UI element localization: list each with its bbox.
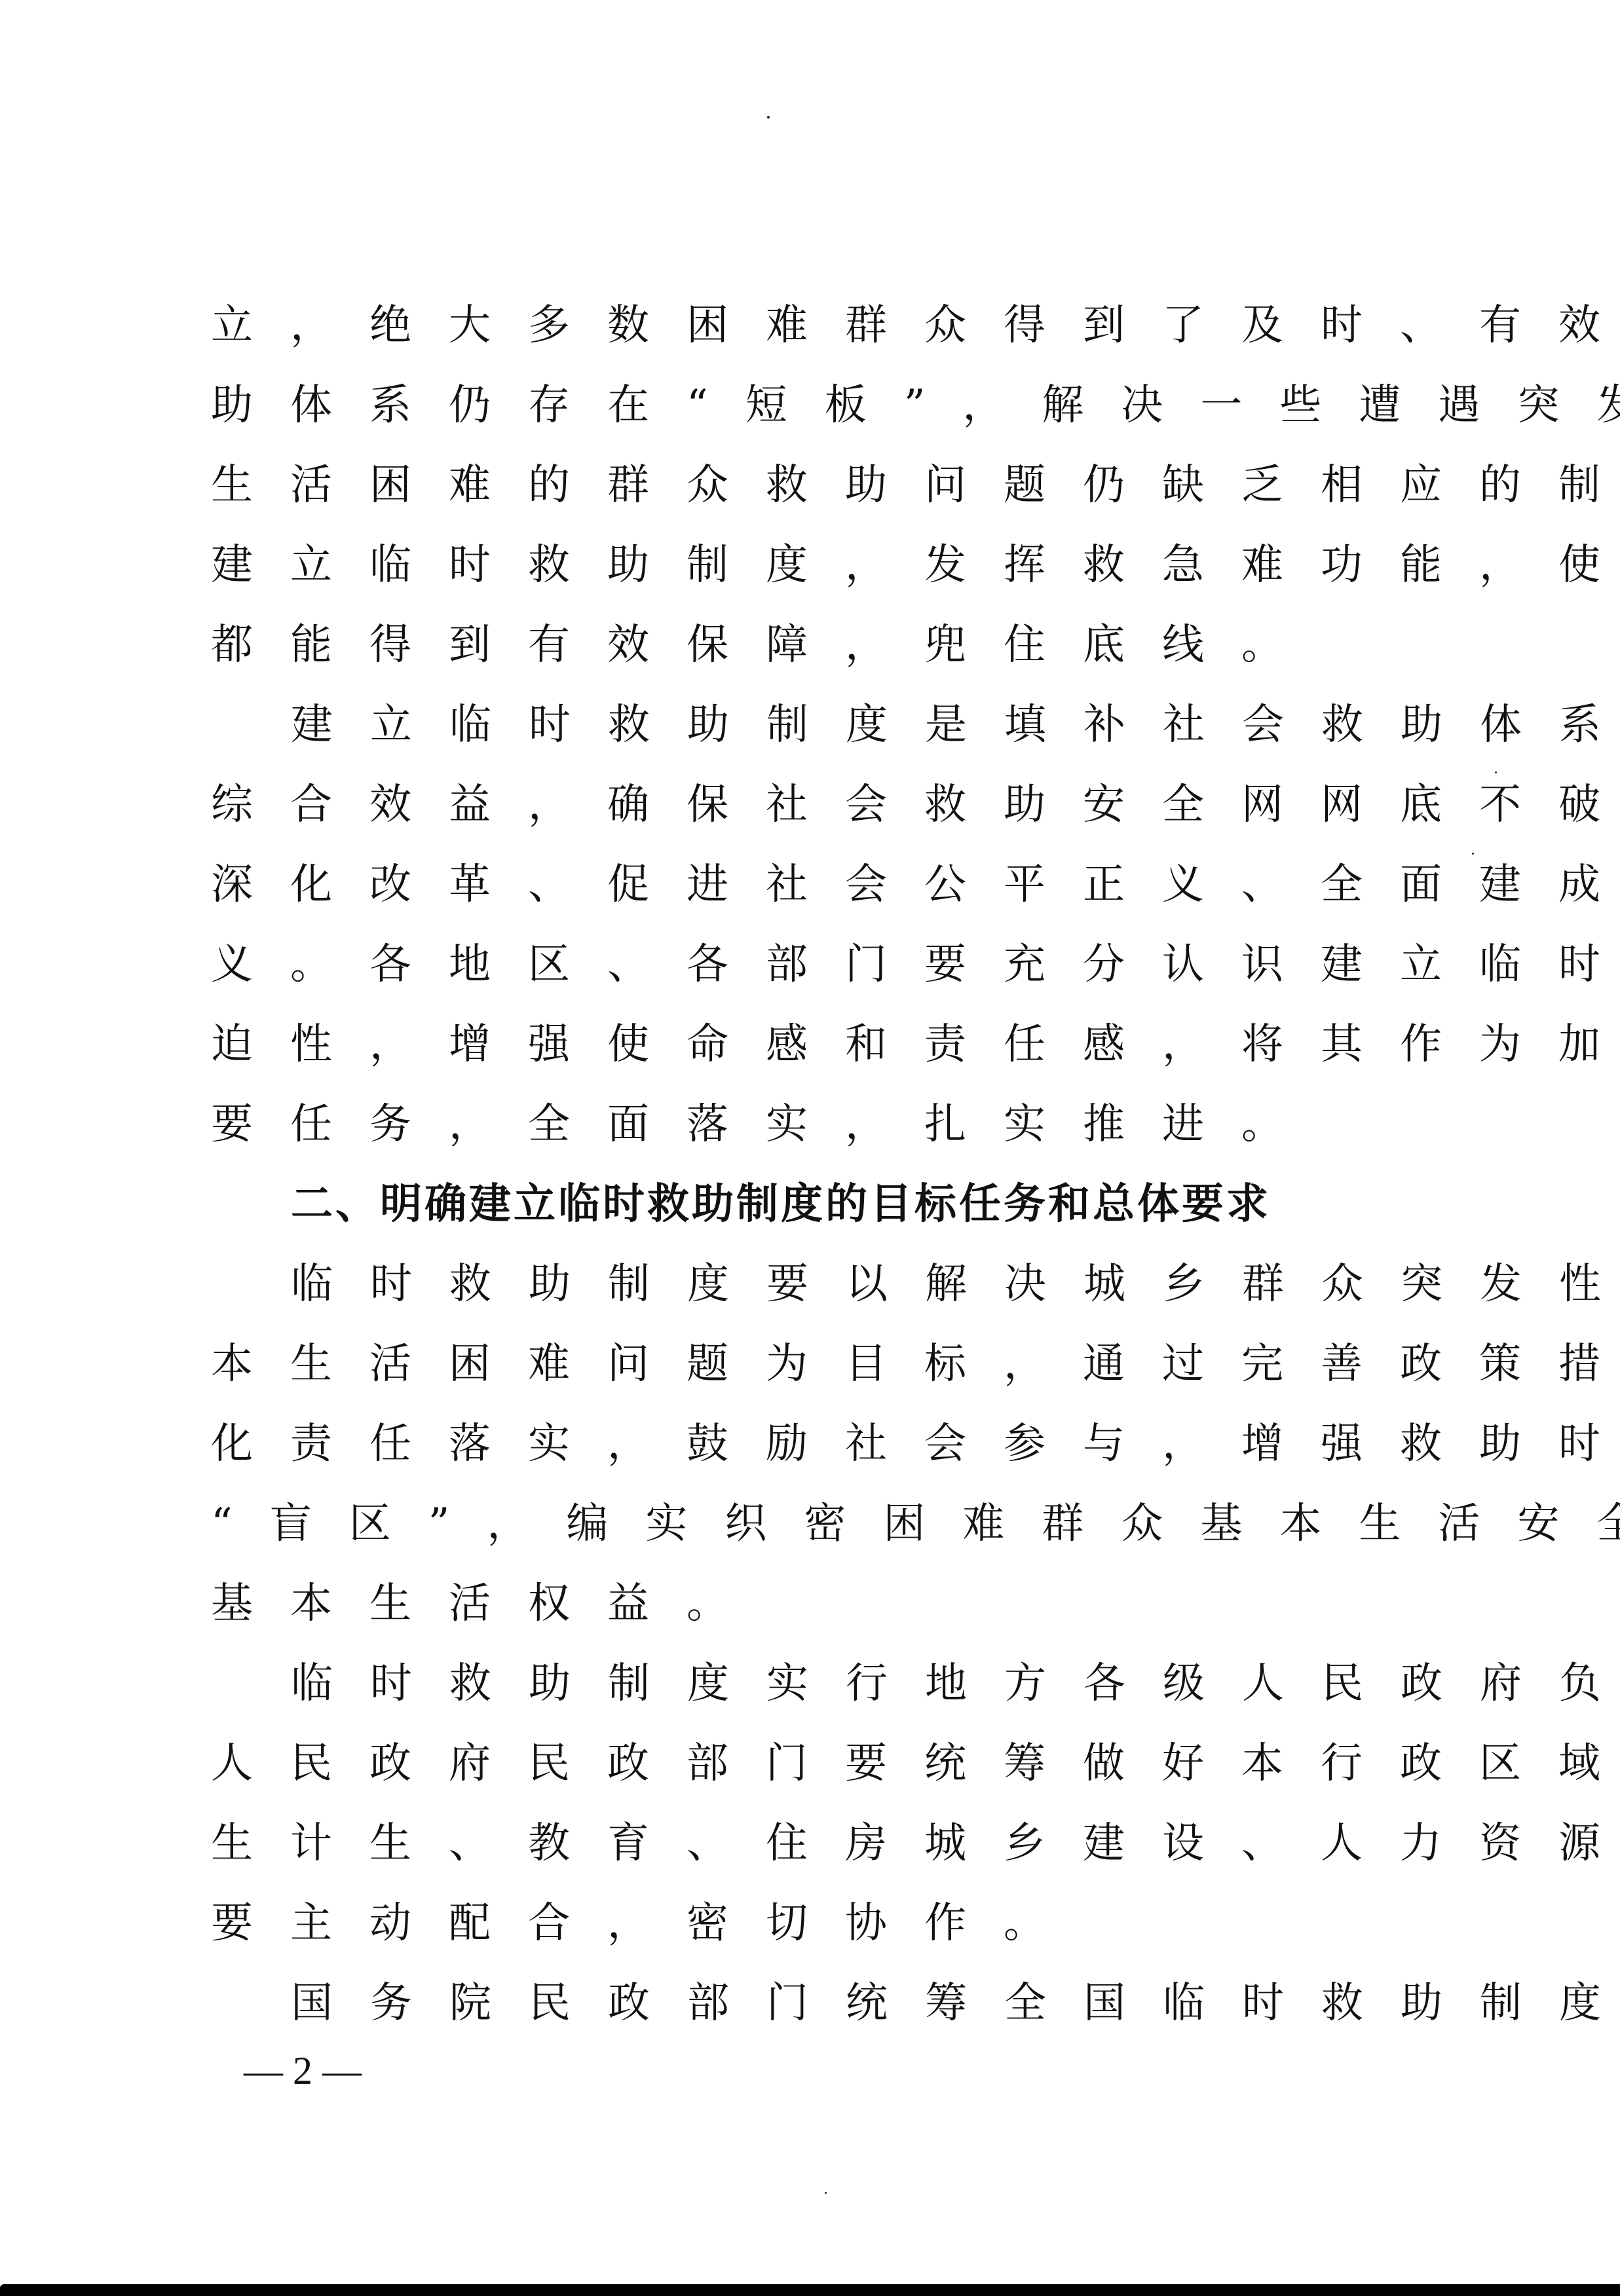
page-number: — 2 — — [244, 2051, 362, 2090]
text-line: 深化改革、促进社会公平正义、全面建成小康社会具有重要意 — [211, 845, 1411, 925]
text-line: 综合效益，确保社会救助安全网网底不破的必然要求，对于全面 — [211, 765, 1411, 845]
scan-speck — [1495, 771, 1497, 773]
text-line: 生计生、教育、住房城乡建设、人力资源社会保障、财政等部门 — [211, 1804, 1411, 1883]
text-line: 要任务，全面落实，扎实推进。 — [211, 1084, 1411, 1164]
text-line: 立，绝大多数困难群众得到了及时、有效的救助。同时，社会救 — [211, 286, 1411, 365]
text-line: 本生活困难问题为目标，通过完善政策措施，健全工作机制，强 — [211, 1324, 1411, 1404]
text-line: 生活困难的群众救助问题仍缺乏相应的制度安排，迫切需要全面 — [211, 445, 1411, 525]
text-line: 国务院民政部门统筹全国临时救助制度建设。国务院民政、 — [211, 1963, 1411, 2043]
body-text: 立，绝大多数困难群众得到了及时、有效的救助。同时，社会救 助体系仍存在“短板”，… — [211, 286, 1411, 2043]
text-line: 迫性，增强使命感和责任感，将其作为加强和改善民生的一项重 — [211, 1005, 1411, 1084]
text-line: 化责任落实，鼓励社会参与，增强救助时效，补“短板”、扫 — [211, 1404, 1411, 1484]
text-line: 临时救助制度要以解决城乡群众突发性、紧迫性、临时性基 — [211, 1244, 1411, 1324]
text-line: 建立临时救助制度是填补社会救助体系空白，提升社会救助 — [211, 685, 1411, 765]
scan-speck — [1472, 853, 1474, 855]
section-heading: 二、明确建立临时救助制度的目标任务和总体要求 — [211, 1164, 1411, 1244]
text-line: 人民政府民政部门要统筹做好本行政区域内的临时救助工作，卫 — [211, 1724, 1411, 1804]
text-line: 基本生活权益。 — [211, 1564, 1411, 1644]
scan-bottom-edge — [0, 2284, 1620, 2296]
text-line: “盲区”，编实织密困难群众基本生活安全网，切实保障困难群众 — [211, 1484, 1411, 1564]
scan-speck — [767, 116, 770, 119]
text-line: 助体系仍存在“短板”，解决一些遭遇突发性、紧迫性、临时性 — [211, 365, 1411, 445]
text-line: 义。各地区、各部门要充分认识建立临时救助制度的重要性和紧 — [211, 925, 1411, 1005]
scan-speck — [825, 2192, 827, 2194]
text-line: 都能得到有效保障，兜住底线。 — [211, 605, 1411, 685]
document-page: 立，绝大多数困难群众得到了及时、有效的救助。同时，社会救 助体系仍存在“短板”，… — [0, 0, 1620, 2296]
text-line: 建立临时救助制度，发挥救急难功能，使城乡困难群众基本生活 — [211, 525, 1411, 605]
text-line: 临时救助制度实行地方各级人民政府负责制。县级以上地方 — [211, 1644, 1411, 1724]
text-line: 要主动配合，密切协作。 — [211, 1883, 1411, 1963]
